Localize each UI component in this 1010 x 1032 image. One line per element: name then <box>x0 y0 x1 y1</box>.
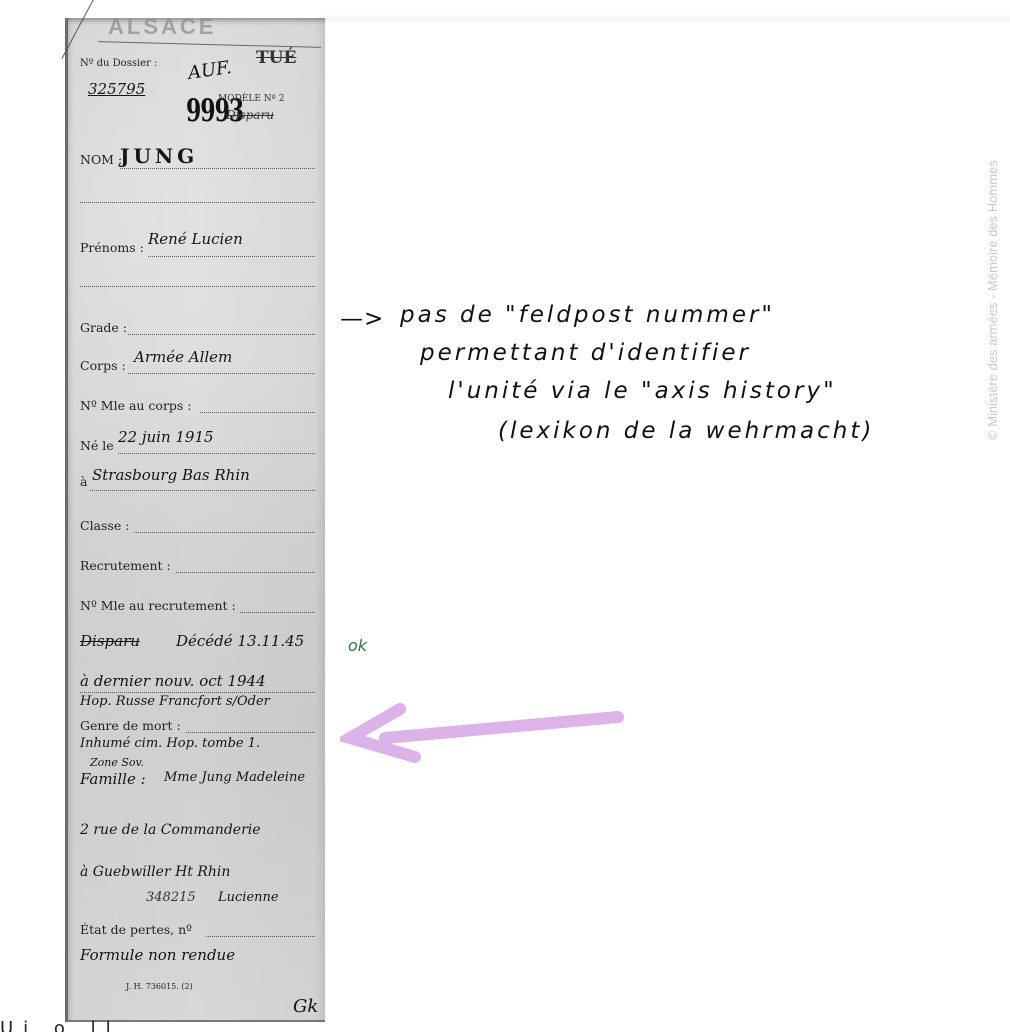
field-value-nom: JUNG <box>120 144 198 168</box>
dossier-label: Nº du Dossier : <box>80 58 157 69</box>
note-line-3: l'unité via le "axis history" <box>448 378 837 404</box>
note-line-1: pas de "feldpost nummer" <box>400 302 775 328</box>
note-line-4: (lexikon de la wehrmacht) <box>498 418 874 444</box>
etat-number: 348215 <box>146 890 196 905</box>
etat-annotation: Lucienne <box>218 890 279 905</box>
dotted-line <box>176 572 315 573</box>
field-value-ne-le: 22 juin 1915 <box>118 428 214 446</box>
field-label-mle-corps: Nº Mle au corps : <box>80 398 192 413</box>
model-label: MODÈLE Nº 2 <box>218 94 284 104</box>
status-stamp-tue: TUÉ <box>256 48 296 68</box>
highlight-arrow-icon <box>340 695 630 770</box>
diagonal-stroke <box>62 0 100 59</box>
footer-code: J. H. 736015. (2) <box>126 982 193 991</box>
inhume-line: Inhumé cim. Hop. tombe 1. <box>80 736 260 751</box>
famille-value: Mme Jung Madeleine <box>164 770 305 785</box>
field-label-ne-le: Né le <box>80 438 114 453</box>
status-stamp-disparu: Disparu <box>226 108 274 122</box>
genre-de-mort-label: Genre de mort : <box>80 718 181 733</box>
dotted-line <box>206 936 315 937</box>
dotted-line <box>80 202 315 203</box>
dotted-line <box>148 256 315 257</box>
dotted-line <box>200 412 315 413</box>
adresse-line-1: 2 rue de la Commanderie <box>80 822 261 838</box>
dossier-annotation: AUF. <box>187 57 233 84</box>
index-card: ALSACE Nº du Dossier : 325795 AUF. 9993 … <box>65 18 325 1022</box>
hopital-line: Hop. Russe Francfort s/Oder <box>80 694 270 709</box>
field-value-corps: Armée Allem <box>134 348 232 366</box>
initials: Gk <box>293 996 318 1017</box>
field-label-corps: Corps : <box>80 358 126 373</box>
field-value-lieu: Strasbourg Bas Rhin <box>92 466 250 484</box>
note-line-2: permettant d'identifier <box>420 340 751 366</box>
card-top-line <box>98 41 321 48</box>
adresse-line-2: à Guebwiller Ht Rhin <box>80 864 230 880</box>
etat-de-pertes-label: État de pertes, nº <box>80 922 192 937</box>
zone-note: Zone Sov. <box>90 756 144 769</box>
famille-label: Famille : <box>80 770 146 788</box>
dotted-line <box>128 334 315 335</box>
field-label-prenoms: Prénoms : <box>80 240 144 255</box>
scan-edge-band <box>320 14 1010 24</box>
dotted-line <box>134 532 315 533</box>
dotted-line <box>128 373 315 374</box>
struck-disparu: Disparu <box>80 632 140 650</box>
field-label-classe: Classe : <box>80 518 129 533</box>
field-label-nom: NOM : <box>80 152 122 167</box>
deces-line: Décédé 13.11.45 <box>176 632 304 650</box>
pointer-arrow: —> <box>340 306 384 332</box>
dotted-line <box>90 490 315 491</box>
dotted-line <box>80 286 315 287</box>
watermark: © Ministère des armées - Mémoire des Hom… <box>985 40 1000 440</box>
stamp-top: ALSACE <box>108 14 216 40</box>
dernieres-nouvelles-line: à dernier nouv. oct 1944 <box>80 672 266 690</box>
field-label-lieu: à <box>80 474 87 489</box>
formule-line: Formule non rendue <box>80 946 235 964</box>
dotted-line <box>186 732 315 733</box>
dotted-line <box>118 453 315 454</box>
dotted-line <box>120 168 315 169</box>
dotted-line <box>240 612 315 613</box>
bottom-scribble: Ui o ll <box>0 1018 1010 1032</box>
field-value-prenoms: René Lucien <box>148 230 243 248</box>
field-label-mle-recrutement: Nº Mle au recrutement : <box>80 598 236 613</box>
dossier-number: 325795 <box>88 80 145 98</box>
field-label-grade: Grade : <box>80 320 127 335</box>
field-label-recrutement: Recrutement : <box>80 558 171 573</box>
dotted-line <box>80 692 315 693</box>
ok-mark: ok <box>348 636 367 655</box>
